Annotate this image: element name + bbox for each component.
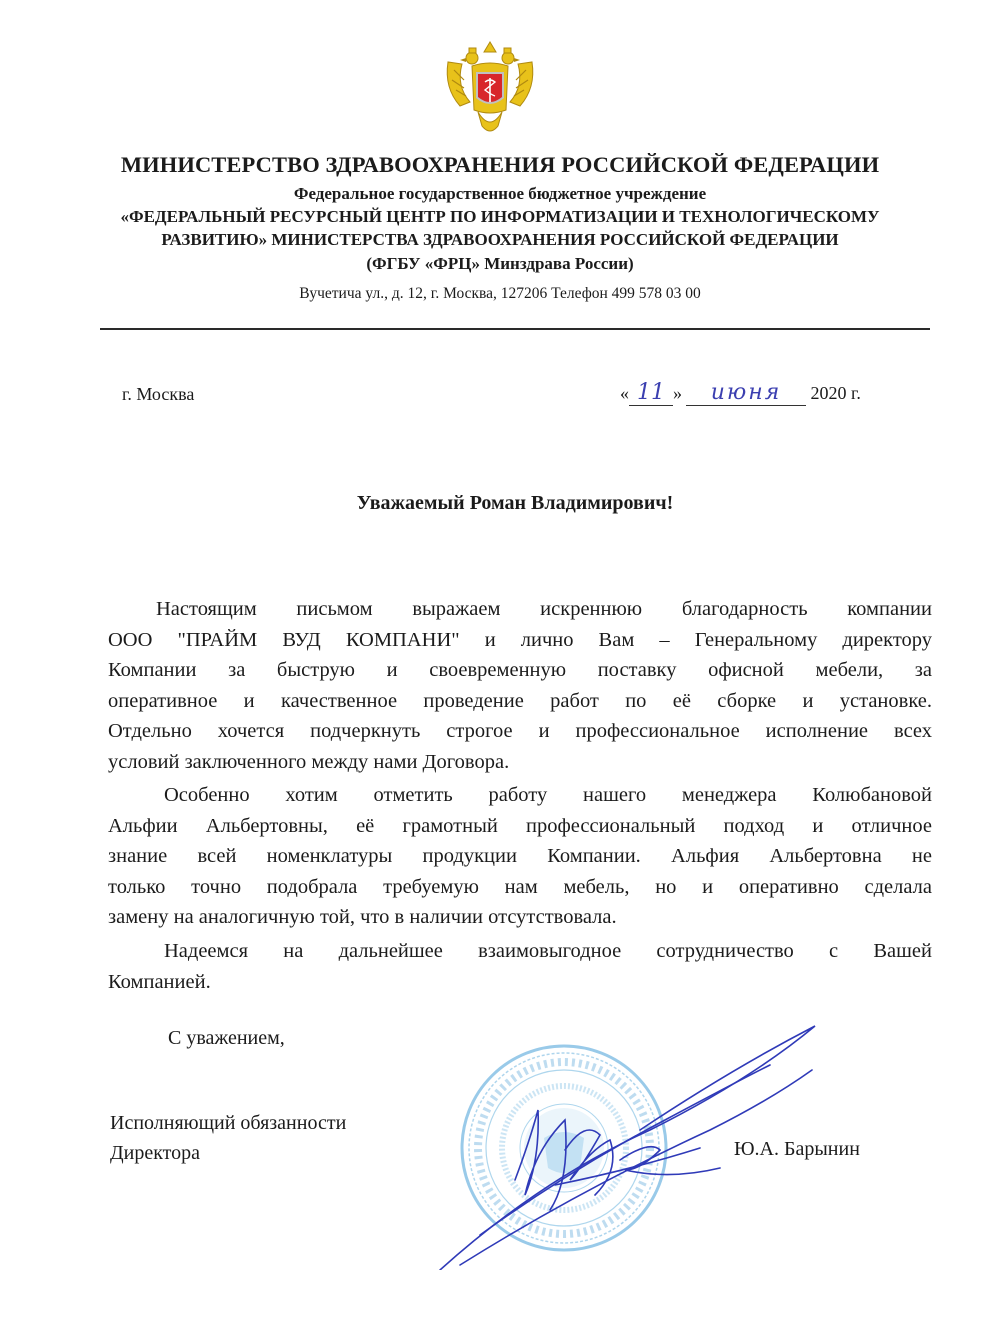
signer-name: Ю.А. Барынин [734,1138,860,1161]
text-line: Отдельно хочется подчеркнуть строгое и п… [108,716,932,747]
role-line-1: Исполняющий обязанности [110,1108,346,1138]
org-name-line1: «ФЕДЕРАЛЬНЫЙ РЕСУРСНЫЙ ЦЕНТР ПО ИНФОРМАТ… [0,207,1000,227]
text-line: замену на аналогичную той, что в наличии… [108,902,932,933]
date-open-quote: « [620,383,629,403]
greeting: Уважаемый Роман Владимирович! [0,492,1000,515]
text-line: Альфии Альбертовны, её грамотный професс… [108,811,932,842]
city: г. Москва [122,384,194,405]
org-name-line2: РАЗВИТИЮ» МИНИСТЕРСТВА ЗДРАВООХРАНЕНИЯ Р… [0,230,1000,250]
text-line: Компании за быструю и своевременную пост… [108,655,932,686]
header-divider [100,328,930,330]
ministry-title: МИНИСТЕРСТВО ЗДРАВООХРАНЕНИЯ РОССИЙСКОЙ … [0,152,1000,178]
closing-phrase: С уважением, [168,1027,285,1050]
date-close-quote: » [673,383,682,403]
body-paragraph-2: Особенно хотим отметить работу нашего ме… [108,780,932,933]
text-line: условий заключенного между нами Договора… [108,747,932,778]
org-address: Вучетича ул., д. 12, г. Москва, 127206 Т… [0,285,1000,303]
org-short-name: (ФГБУ «ФРЦ» Минздрава России) [0,254,1000,274]
date-year: 2020 г. [811,383,861,403]
body-paragraph-1: Настоящим письмом выражаем искреннюю бла… [108,594,932,777]
text-line: ООО "ПРАЙМ ВУД КОМПАНИ" и лично Вам – Ге… [108,625,932,656]
date-day: 11 [629,380,673,406]
text-line: Надеемся на дальнейшее взаимовыгодное со… [108,936,932,967]
text-line: только точно подобрала требуемую нам меб… [108,872,932,903]
date-month: июня [686,380,806,406]
body-paragraph-3: Надеемся на дальнейшее взаимовыгодное со… [108,936,932,997]
org-type: Федеральное государственное бюджетное уч… [0,184,1000,204]
role-line-2: Директора [110,1138,346,1168]
letter-date: «11»июня 2020 г. [620,380,861,406]
text-line: Настоящим письмом выражаем искреннюю бла… [108,594,932,625]
text-line: Особенно хотим отметить работу нашего ме… [108,780,932,811]
text-line: знание всей номенклатуры продукции Компа… [108,841,932,872]
signer-role: Исполняющий обязанности Директора [110,1108,346,1168]
text-line: оперативное и качественное проведение ра… [108,686,932,717]
double-headed-eagle-emblem-icon [442,40,538,138]
text-line: Компанией. [108,967,932,998]
